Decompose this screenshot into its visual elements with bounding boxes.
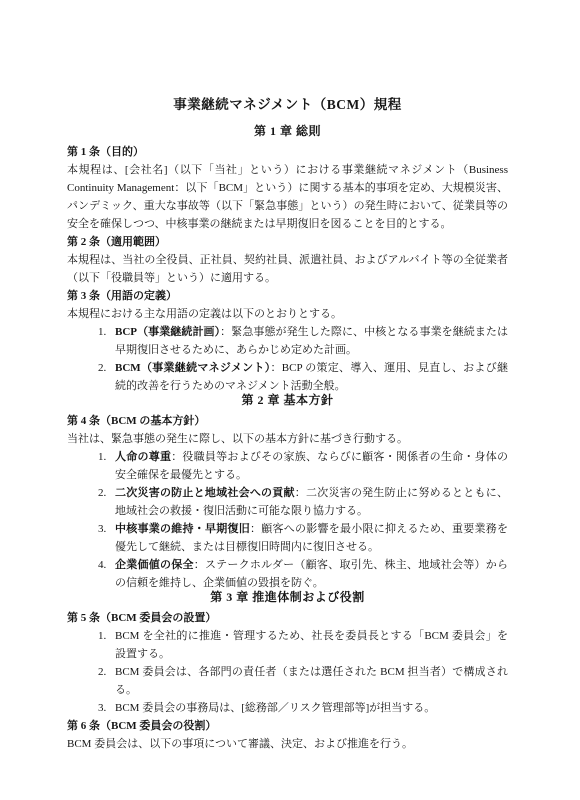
list-item-number: 3. (98, 520, 106, 538)
article-4-heading: 第 4 条（BCM の基本方針） (67, 412, 508, 430)
list-item-number: 2. (98, 663, 106, 681)
list-item: 2.二次災害の防止と地域社会への貢献：二次災害の発生防止に努めるとともに、地域社… (115, 484, 508, 520)
list-item-term: BCM（事業継続マネジメント） (115, 362, 271, 374)
article-1-heading: 第 1 条（目的） (67, 143, 508, 161)
article-6-body: BCM 委員会は、以下の事項について審議、決定、および推進を行う。 (67, 735, 508, 753)
definitions-list: 1.BCP（事業継続計画）：緊急事態が発生した際に、中核となる事業を継続または早… (67, 323, 508, 395)
list-item-text: BCM を全社的に推進・管理するため、社長を委員長とする「BCM 委員会」を設置… (115, 630, 508, 660)
list-item: 2.BCM（事業継続マネジメント）：BCP の策定、導入、運用、見直し、および継… (115, 359, 508, 395)
list-item-number: 4. (98, 556, 106, 574)
list-item: 3.中核事業の維持・早期復旧：顧客への影響を最小限に抑えるため、重要業務を優先し… (115, 520, 508, 556)
list-item-term: BCP（事業継続計画） (115, 326, 220, 338)
list-item: 1.BCP（事業継続計画）：緊急事態が発生した際に、中核となる事業を継続または早… (115, 323, 508, 359)
list-item: 2.BCM 委員会は、各部門の責任者（または選任された BCM 担当者）で構成さ… (115, 663, 508, 699)
list-item-text: ：役職員等およびその家族、ならびに顧客・関係者の生命・身体の安全確保を最優先とす… (115, 451, 508, 481)
policy-list: 1.人命の尊重：役職員等およびその家族、ならびに顧客・関係者の生命・身体の安全確… (67, 448, 508, 592)
document-title: 事業継続マネジメント（BCM）規程 (67, 97, 508, 113)
article-4-lead: 当社は、緊急事態の発生に際し、以下の基本方針に基づき行動する。 (67, 430, 508, 448)
article-6-heading: 第 6 条（BCM 委員会の役割） (67, 717, 508, 735)
list-item: 4.企業価値の保全：ステークホルダー（顧客、取引先、株主、地域社会等）からの信頼… (115, 556, 508, 592)
list-item: 1.人命の尊重：役職員等およびその家族、ならびに顧客・関係者の生命・身体の安全確… (115, 448, 508, 484)
article-2-body: 本規程は、当社の全役員、正社員、契約社員、派遣社員、およびアルバイト等の全従業者… (67, 251, 508, 287)
article-2-heading: 第 2 条（適用範囲） (67, 233, 508, 251)
chapter-2-heading: 第 2 章 基本方針 (67, 393, 508, 408)
article-3-lead: 本規程における主な用語の定義は以下のとおりとする。 (67, 305, 508, 323)
list-item-number: 1. (98, 448, 106, 466)
list-item-term: 人命の尊重 (115, 451, 171, 463)
list-item-number: 2. (98, 359, 106, 377)
committee-list: 1.BCM を全社的に推進・管理するため、社長を委員長とする「BCM 委員会」を… (67, 627, 508, 717)
list-item-number: 2. (98, 484, 106, 502)
list-item-text: BCM 委員会は、各部門の責任者（または選任された BCM 担当者）で構成される… (115, 666, 508, 696)
article-5-heading: 第 5 条（BCM 委員会の設置） (67, 609, 508, 627)
article-1-body: 本規程は、[会社名]（以下「当社」という）における事業継続マネジメント（Busi… (67, 161, 508, 233)
document-page: 事業継続マネジメント（BCM）規程 第 1 章 総則 第 1 条（目的） 本規程… (0, 0, 580, 800)
list-item-text: BCM 委員会の事務局は、[総務部／リスク管理部等]が担当する。 (115, 702, 435, 714)
chapter-1-heading: 第 1 章 総則 (67, 124, 508, 139)
article-3-heading: 第 3 条（用語の定義） (67, 287, 508, 305)
list-item-number: 1. (98, 627, 106, 645)
list-item-number: 3. (98, 699, 106, 717)
list-item-term: 二次災害の防止と地域社会への貢献 (115, 487, 295, 499)
list-item-number: 1. (98, 323, 106, 341)
list-item: 3.BCM 委員会の事務局は、[総務部／リスク管理部等]が担当する。 (115, 699, 508, 717)
list-item-term: 中核事業の維持・早期復旧 (115, 523, 250, 535)
list-item-term: 企業価値の保全 (115, 559, 194, 571)
list-item: 1.BCM を全社的に推進・管理するため、社長を委員長とする「BCM 委員会」を… (115, 627, 508, 663)
chapter-3-heading: 第 3 章 推進体制および役割 (67, 590, 508, 605)
